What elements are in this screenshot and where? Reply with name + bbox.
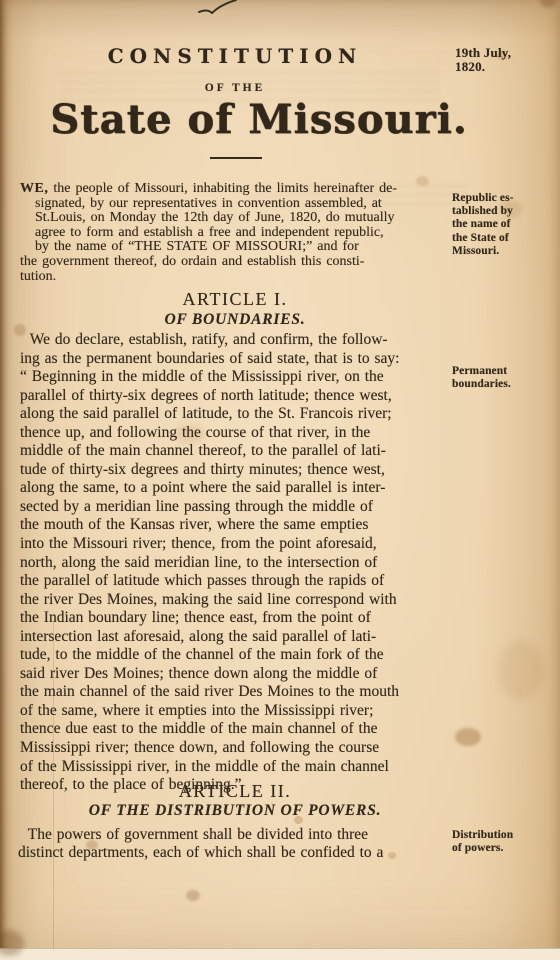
- stain: [186, 890, 200, 901]
- article2-body: The powers of government shall be divide…: [18, 826, 460, 861]
- margin-note-distribution-of-powers: Distribution of powers.: [452, 829, 544, 855]
- article1-heading: ARTICLE I.: [20, 289, 450, 310]
- article1-body: We do declare, establish, ratify, and co…: [20, 331, 454, 795]
- preamble-body: signated, by our representatives in conv…: [20, 197, 454, 285]
- date-annotation: 19th July, 1820.: [455, 46, 545, 73]
- article2-heading: ARTICLE II.: [20, 781, 450, 802]
- preamble: WE, the people of Missouri, inhabiting t…: [20, 182, 454, 284]
- title-rule: [210, 157, 262, 159]
- document-title: CONSTITUTION: [20, 44, 450, 68]
- title-connector: OF THE: [20, 82, 450, 94]
- preamble-first-line: WE, the people of Missouri, inhabiting t…: [20, 182, 454, 197]
- paper-top-shade: [0, 0, 560, 40]
- blackletter-state-title: State of Missouri.: [28, 96, 490, 143]
- article1-subheading: OF BOUNDARIES.: [20, 311, 450, 329]
- stain: [455, 728, 481, 746]
- preamble-first-line-rest: the people of Missouri, inhabiting the l…: [48, 181, 397, 196]
- paper-left-edge-shadow: [0, 0, 8, 960]
- pen-mark: [196, 0, 240, 20]
- preamble-opening-word: WE,: [20, 181, 48, 196]
- scanned-document-page: CONSTITUTION 19th July, 1820. OF THE Sta…: [0, 0, 560, 960]
- margin-note-permanent-boundaries: Permanent boundaries.: [452, 365, 544, 391]
- article2-subheading: OF THE DISTRIBUTION OF POWERS.: [20, 802, 450, 820]
- margin-note-republic: Republic es- tablished by the name of th…: [452, 192, 544, 258]
- paper-bottom-edge: [0, 948, 560, 960]
- stain: [498, 640, 544, 700]
